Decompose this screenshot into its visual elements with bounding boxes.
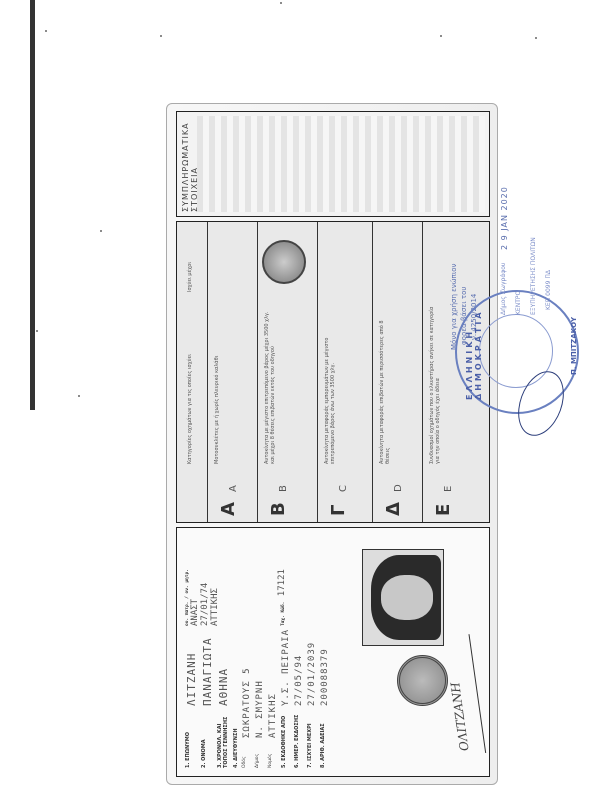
categories-header: Κατηγορίες οχημάτων για τις οποίες ισχύε… <box>177 222 207 522</box>
scan-speck <box>280 2 282 4</box>
category-b-seal-icon <box>262 240 306 284</box>
personal-fields: 1. ΕΠΩΝΥΜΟ ΛΙΤΖΑΝΗ 2. ΟΝΟΜΑ ΠΑΝΑΓΙΩΤΑ 3.… <box>185 528 333 768</box>
scan-speck <box>78 395 80 397</box>
scan-speck <box>440 35 442 37</box>
category-row-a: Α A Μοτοσυκλέτες με ή χωρίς πλευρικό καλ… <box>207 222 258 522</box>
stamp-date: 2 9 JAN 2020 <box>500 186 509 250</box>
birth-block: ον. πατρ. / ον. μητρ. ΑΝΑΣΤ 27/01/74 ΑΤΤ… <box>185 569 220 626</box>
field-issued-by: 5. ΕΚΔΟΘΗΚΕ ΑΠΟ Υ.Σ. ΠΕΙΡΑΙΑ <box>281 528 291 768</box>
stamp-signer: Π. ΜΠΙΤΖΑΚΟΥ <box>570 317 578 375</box>
field-licence-number: 8. ΑΡΙΘ. ΑΔΕΙΑΣ 200088379 <box>320 528 330 768</box>
postal-code-block: Ταχ. Κώδ. 17121 <box>277 569 287 626</box>
scan-speck <box>535 37 537 39</box>
field-address-label: 4. ΔΙΕΥΘΥΝΣΗ <box>233 528 239 768</box>
birth-date: 27/01/74 <box>200 583 210 626</box>
field-issue-date: 6. ΗΜΕΡ. ΕΚΔΟΣΗΣ 27/05/94 <box>294 528 304 768</box>
holder-photo <box>362 549 444 646</box>
scanned-page: 1. ΕΠΩΝΥΜΟ ΛΙΤΖΑΝΗ 2. ΟΝΟΜΑ ΠΑΝΑΓΙΩΤΑ 3.… <box>0 0 612 792</box>
father-name: ΑΝΑΣΤ <box>190 599 200 626</box>
field-birth-place: 3. ΧΡΟΝΟΛ. ΚΑΙ ΤΟΠΟΣ ΓΕΝΝΗΣΗΣ ΑΘΗΝΑ <box>217 528 230 768</box>
birth-region: ΑΤΤΙΚΗΣ <box>210 588 220 626</box>
category-row-b: Β B Αυτοκίνητα με μέγιστο επιτρεπόμενο β… <box>257 222 318 522</box>
category-row-d: Δ D Αυτοκίνητα μεταφοράς επιβατών με περ… <box>372 222 423 522</box>
field-municipality: Δήμος Ν. ΣΜΥΡΝΗ <box>255 528 265 768</box>
stamp-ring-text: ΕΛΛΗΝΙΚΗ ΔΗΜΟΚΡΑΤΙΑ <box>465 265 483 400</box>
scan-speck <box>45 30 47 32</box>
scan-speck <box>160 35 162 37</box>
certification-stamp: 2 9 JAN 2020 Μόνο για χρήση ενώπιον φορέ… <box>440 100 600 400</box>
field-surname: 1. ΕΠΩΝΥΜΟ ΛΙΤΖΑΝΗ <box>185 528 198 768</box>
field-first-name: 2. ΟΝΟΜΑ ΠΑΝΑΓΙΩΤΑ <box>201 528 214 768</box>
category-row-c: Γ C Αυτοκίνητα μεταφοράς εμπορευμάτων με… <box>317 222 373 522</box>
field-valid-until: 7. ΙΣΧΥΕΙ ΜΕΧΡΙ 27/01/2039 <box>307 528 317 768</box>
field-street: Οδός ΣΩΚΡΑΤΟΥΣ 5 <box>242 528 252 768</box>
personal-data-panel: 1. ΕΠΩΝΥΜΟ ΛΙΤΖΑΝΗ 2. ΟΝΟΜΑ ΠΑΝΑΓΙΩΤΑ 3.… <box>176 527 490 777</box>
postal-code: 17121 <box>277 569 287 596</box>
scan-speck <box>36 330 38 332</box>
field-prefecture: Νομός ΑΤΤΙΚΗΣ <box>268 528 278 768</box>
scan-shadow-edge <box>30 0 35 410</box>
holder-signature: ΟΛΙΤΖΑΝΗ <box>434 634 486 758</box>
